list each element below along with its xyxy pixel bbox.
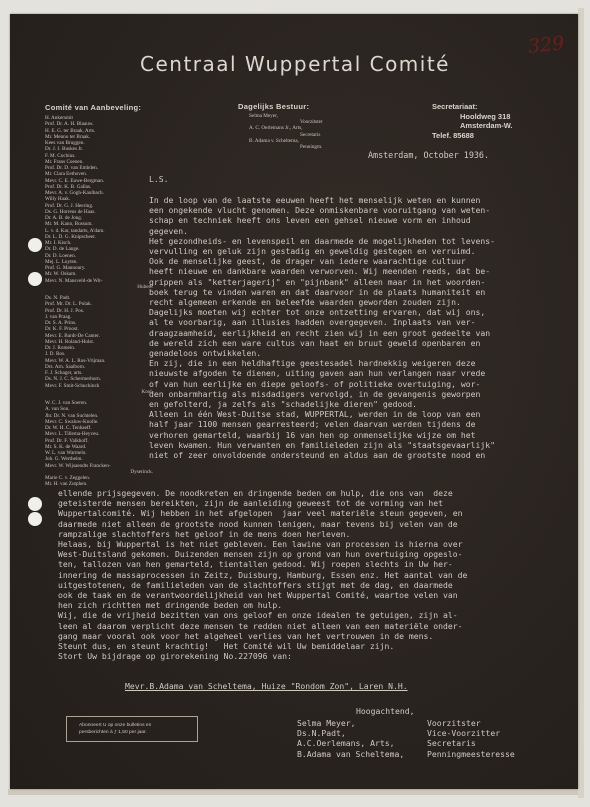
signatory-role: Voorzitster [427, 718, 481, 728]
signatory-row: Ds.N.Padt,Vice-Voorzitter [297, 728, 515, 738]
subscribe-line-1: Abonneert U op onze bulletins en [79, 722, 197, 729]
signatory-name: A.C.Oerlemans, Arts, [297, 738, 427, 748]
paper-edge [578, 8, 584, 798]
signatory-row: Selma Meyer,Voorzitster [297, 718, 515, 728]
letter-date: Amsterdam, October 1936. [368, 150, 489, 160]
secretariat-street: Hooldweg 318 [432, 112, 513, 122]
board-heading: Dagelijks Bestuur: [238, 102, 309, 111]
secretariat-city: Amsterdam-W. [432, 121, 513, 131]
letter-body-full: ellende prijsgegeven. De noodkreten en d… [58, 488, 467, 661]
signatory-name: Selma Meyer, [297, 718, 427, 728]
signatory-row: A.C.Oerlemans, Arts,Secretaris [297, 738, 515, 748]
patrons-heading: Comité van Aanbeveling: [45, 103, 141, 112]
signatory-role: Vice-Voorzitter [427, 728, 500, 738]
signatory-role: Penningmeesteresse [427, 749, 515, 759]
secretariat-heading: Secretariaat: [432, 102, 513, 112]
board-member-role: Penningm. [240, 144, 370, 150]
punch-hole [28, 238, 42, 252]
payee-line: Mevr.B.Adama van Scheltema, Huize "Rondo… [125, 681, 408, 691]
letterhead-title: Centraal Wuppertal Comité [0, 52, 590, 76]
signatory-name: B.Adama van Scheltema, [297, 749, 427, 759]
signatory-name: Ds.N.Padt, [297, 728, 427, 738]
punch-hole [28, 512, 42, 526]
subscribe-line-2: persberichten à ƒ 1,50 per jaar. [79, 729, 197, 736]
patron-name: Mr. H. van Zutphen. [45, 481, 155, 487]
salutation: L.S. [149, 174, 169, 184]
signatory-role: Secretaris [427, 738, 476, 748]
closing: Hoogachtend, [356, 706, 414, 716]
paper-bottom-edge [8, 789, 578, 795]
subscribe-notice: Abonneert U op onze bulletins en persber… [66, 716, 198, 742]
punch-hole [28, 497, 42, 511]
secretariat-phone: Telef. 85688 [432, 131, 513, 141]
patrons-list: H. AnkersmitProf. Dr. A. H. Blaauw.H. E.… [45, 115, 155, 488]
secretariat-block: Secretariaat: Hooldweg 318 Amsterdam-W. … [432, 102, 513, 140]
punch-hole [28, 272, 42, 286]
signatories: Selma Meyer,VoorzitsterDs.N.Padt,Vice-Vo… [297, 718, 515, 759]
board-list: Selma Meyer,VoorzitsterA. C. Oerlemans J… [240, 113, 370, 150]
signatory-row: B.Adama van Scheltema,Penningmeesteresse [297, 749, 515, 759]
letter-body-indented: In de loop van de laatste eeuwen heeft h… [149, 195, 495, 460]
